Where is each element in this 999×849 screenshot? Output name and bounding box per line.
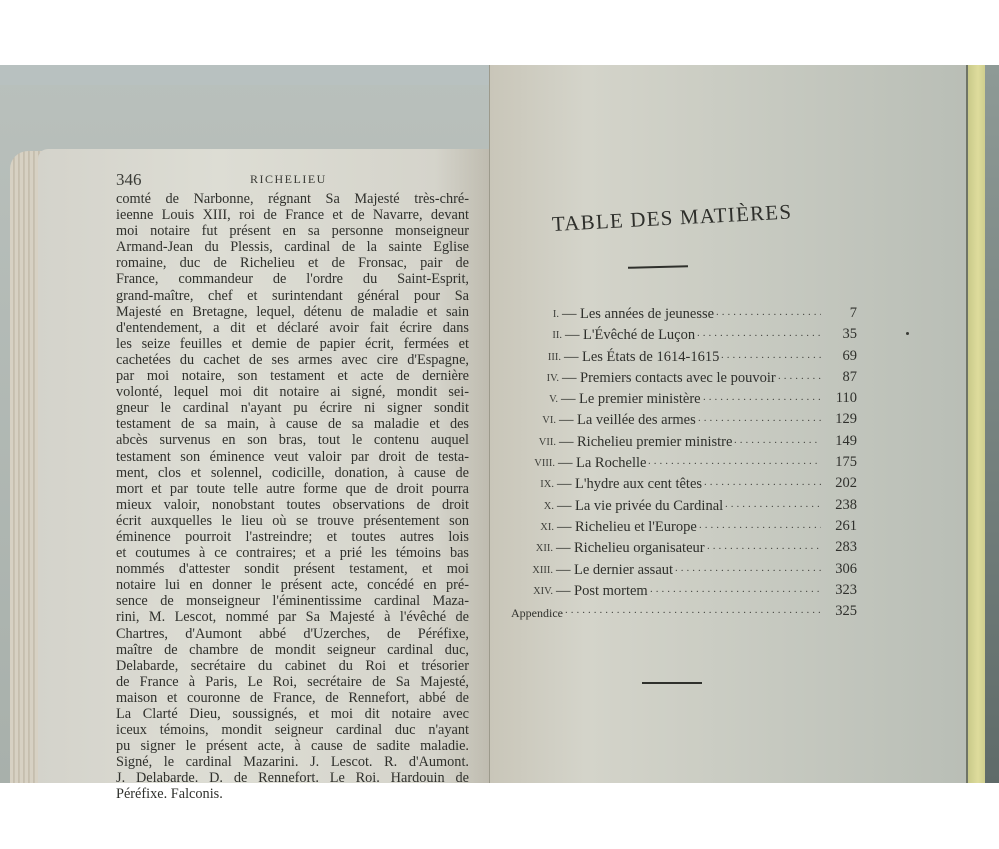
dash-separator: — [557,476,572,493]
dot-leader: ........................................… [698,412,821,424]
chapter-title: Premiers contacts avec le pouvoir [580,370,776,387]
chapter-number: XIII. [532,565,553,576]
page-ref: 69 [843,348,858,365]
dot-leader: ........................................… [725,498,821,510]
chapter-number: XII. [536,543,553,554]
text-line: Chartres, d'Aumont abbé d'Uzerches, de P… [116,626,469,642]
text-line: sence de monseigneur l'éminentissime car… [116,593,469,609]
page-ref: 129 [835,411,857,428]
page-ref: 261 [835,518,857,535]
dash-separator: — [559,434,574,451]
toc-entry: V.—Le premier ministère.................… [512,390,857,411]
text-line: J. Delabarde. D. de Rennefort. Le Roi. H… [116,770,469,786]
text-line: mieux valoir, nonobstant toutes observat… [116,497,469,513]
page-ref: 323 [835,582,857,599]
chapter-number: XIV. [533,586,553,597]
paper-speck [906,332,909,335]
text-line: gneur le cardinal n'ayant pu écrire ni s… [116,400,469,416]
text-line: France, commandeur de l'ordre du Saint-E… [116,271,469,287]
running-head-title: RICHELIEU [250,172,327,187]
toc-entry: VI.—La veillée des armes................… [512,411,857,432]
dot-leader: ........................................… [778,370,821,382]
toc-entry: X.—La vie privée du Cardinal............… [512,497,857,518]
dash-separator: — [561,391,576,408]
page-ref: 325 [835,603,857,620]
chapter-title: Richelieu et l'Europe [575,519,697,536]
chapter-number: VII. [539,437,556,448]
chapter-title: L'Évêché de Luçon [583,327,695,344]
background-right [985,65,999,783]
text-line: maison et couronne de France, de Rennefo… [116,690,469,706]
dot-leader: ........................................… [697,327,821,339]
toc-entry: IV.—Premiers contacts avec le pouvoir...… [512,369,857,390]
dot-leader: ........................................… [699,519,821,531]
text-line: comté de Narbonne, régnant Sa Majesté tr… [116,191,469,207]
text-line: volonté, lequel moi dit notaire ai signé… [116,384,469,400]
chapter-number: IV. [547,373,559,384]
dash-separator: — [556,540,571,557]
dash-separator: — [556,583,571,600]
text-line: et coutumes à ce contraires; et a prié l… [116,545,469,561]
chapter-number: V. [549,394,558,405]
dot-leader: ........................................… [721,349,821,361]
text-line: par moi notaire, son testament et acte d… [116,368,469,384]
text-line: romaine, duc de Richelieu et de Fronsac,… [116,255,469,271]
text-line: abcès survenus en son bras, tout le cont… [116,432,469,448]
dash-separator: — [556,562,571,579]
text-line: grand-maître, chef et surintendant génér… [116,288,469,304]
toc-entry: XIV.—Post mortem........................… [512,582,857,603]
page-ref: 7 [850,305,857,322]
page-number: 346 [116,170,142,190]
chapter-title: La veillée des armes [577,412,696,429]
toc-entry: XIII.—Le dernier assaut.................… [512,561,857,582]
text-line: maître de chambre de mondit seigneur car… [116,642,469,658]
background [0,65,489,85]
toc-entry: XI.—Richelieu et l'Europe...............… [512,518,857,539]
toc-entry: III.—Les États de 1614-1615.............… [512,348,857,369]
chapter-number: III. [548,352,561,363]
chapter-title: Richelieu organisateur [574,540,705,557]
body-text: comté de Narbonne, régnant Sa Majesté tr… [116,191,469,803]
toc-entry: I.—Les années de jeunesse...............… [512,305,857,326]
text-line: Péréfixe. Falconis. [116,786,469,802]
text-line: Signé, le cardinal Mazarini. J. Lescot. … [116,754,469,770]
dash-separator: — [562,370,577,387]
text-line: Delabarde, secrétaire du cabinet du Roi … [116,658,469,674]
dash-separator: — [562,306,577,323]
dot-leader: ........................................… [565,604,821,616]
chapter-title: La vie privée du Cardinal [575,498,723,515]
text-line: écrit auxquelles le lieu où se trouve pr… [116,513,469,529]
text-line: nommés d'attester sondit présent testame… [116,561,469,577]
toc-entry: VII.—Richelieu premier ministre.........… [512,433,857,454]
dot-leader: ........................................… [734,434,821,446]
chapter-number: VIII. [534,458,555,469]
dot-leader: ........................................… [648,455,821,467]
dot-leader: ........................................… [716,306,821,318]
chapter-title: Les États de 1614-1615 [582,349,719,366]
end-rule [642,682,702,684]
dot-leader: ........................................… [704,476,821,488]
text-line: moi notaire fut présent en sa personne m… [116,223,469,239]
dash-separator: — [559,412,574,429]
chapter-title: Le dernier assaut [574,562,673,579]
page-ref: 35 [843,326,858,343]
chapter-title: Appendice [511,606,563,621]
text-line: mort et par toute telle autre forme que … [116,481,469,497]
text-line: les seize feuilles et demie de papier éc… [116,336,469,352]
chapter-number: II. [552,330,562,341]
chapter-number: I. [553,309,559,320]
dash-separator: — [565,327,580,344]
text-line: pu signer le présent acte, à cause de sa… [116,738,469,754]
text-line: ment, clos et solennel, codicille, donat… [116,465,469,481]
page-ref: 110 [836,390,857,407]
toc-entry: VIII.—La Rochelle.......................… [512,454,857,475]
dash-separator: — [557,519,572,536]
text-line: iceux témoins, mondit seigneur cardinal … [116,722,469,738]
dash-separator: — [564,349,579,366]
text-line: testament son éminence veut valoir par d… [116,449,469,465]
page-ref: 149 [835,433,857,450]
dash-separator: — [557,498,572,515]
text-line: d'entendement, a dit et déclaré avoir fa… [116,320,469,336]
running-head: 346 RICHELIEU [110,170,470,190]
toc-entry: IX.—L'hydre aux cent têtes..............… [512,475,857,496]
dot-leader: ........................................… [675,562,821,574]
text-line: rini, M. Lescot, nommé par Sa Majesté à … [116,609,469,625]
text-line: notaire lui en donner le présent acte, c… [116,577,469,593]
text-line: éminence pourroit l'astreindre; et toute… [116,529,469,545]
chapter-number: VI. [542,415,556,426]
text-line: Majesté en Bretagne, lequel, détenu de m… [116,304,469,320]
page-ref: 238 [835,497,857,514]
text-line: cachetées du cachet de ses armes avec ci… [116,352,469,368]
dot-leader: ........................................… [650,583,821,595]
chapter-title: Richelieu premier ministre [577,434,732,451]
text-line: testament de sa main, à cause de sa mala… [116,416,469,432]
toc-entry: II.—L'Évêché de Luçon...................… [512,326,857,347]
dash-separator: — [558,455,573,472]
dot-leader: ........................................… [707,540,821,552]
chapter-title: Le premier ministère [579,391,701,408]
page-ref: 283 [835,539,857,556]
text-line: de France à Paris, Le Roi, secrétaire de… [116,674,469,690]
chapter-title: La Rochelle [576,455,646,472]
chapter-title: Les années de jeunesse [580,306,714,323]
text-line: ieenne Louis XIII, roi de France et de N… [116,207,469,223]
page-ref: 87 [843,369,858,386]
toc-entry: Appendice...............................… [512,603,857,624]
page-ref: 306 [835,561,857,578]
text-line: Armand-Jean du Plessis, cardinal de la s… [116,239,469,255]
toc-entry: XII.—Richelieu organisateur.............… [512,539,857,560]
dot-leader: ........................................… [703,391,821,403]
chapter-number: XI. [540,522,554,533]
chapter-number: X. [544,501,554,512]
table-of-contents: I.—Les années de jeunesse...............… [512,305,857,624]
chapter-number: IX. [540,479,554,490]
chapter-title: Post mortem [574,583,648,600]
text-line: La Clarté Dieu, soussignés, et moi dit n… [116,706,469,722]
chapter-title: L'hydre aux cent têtes [575,476,702,493]
page-ref: 175 [835,454,857,471]
page-ref: 202 [835,475,857,492]
